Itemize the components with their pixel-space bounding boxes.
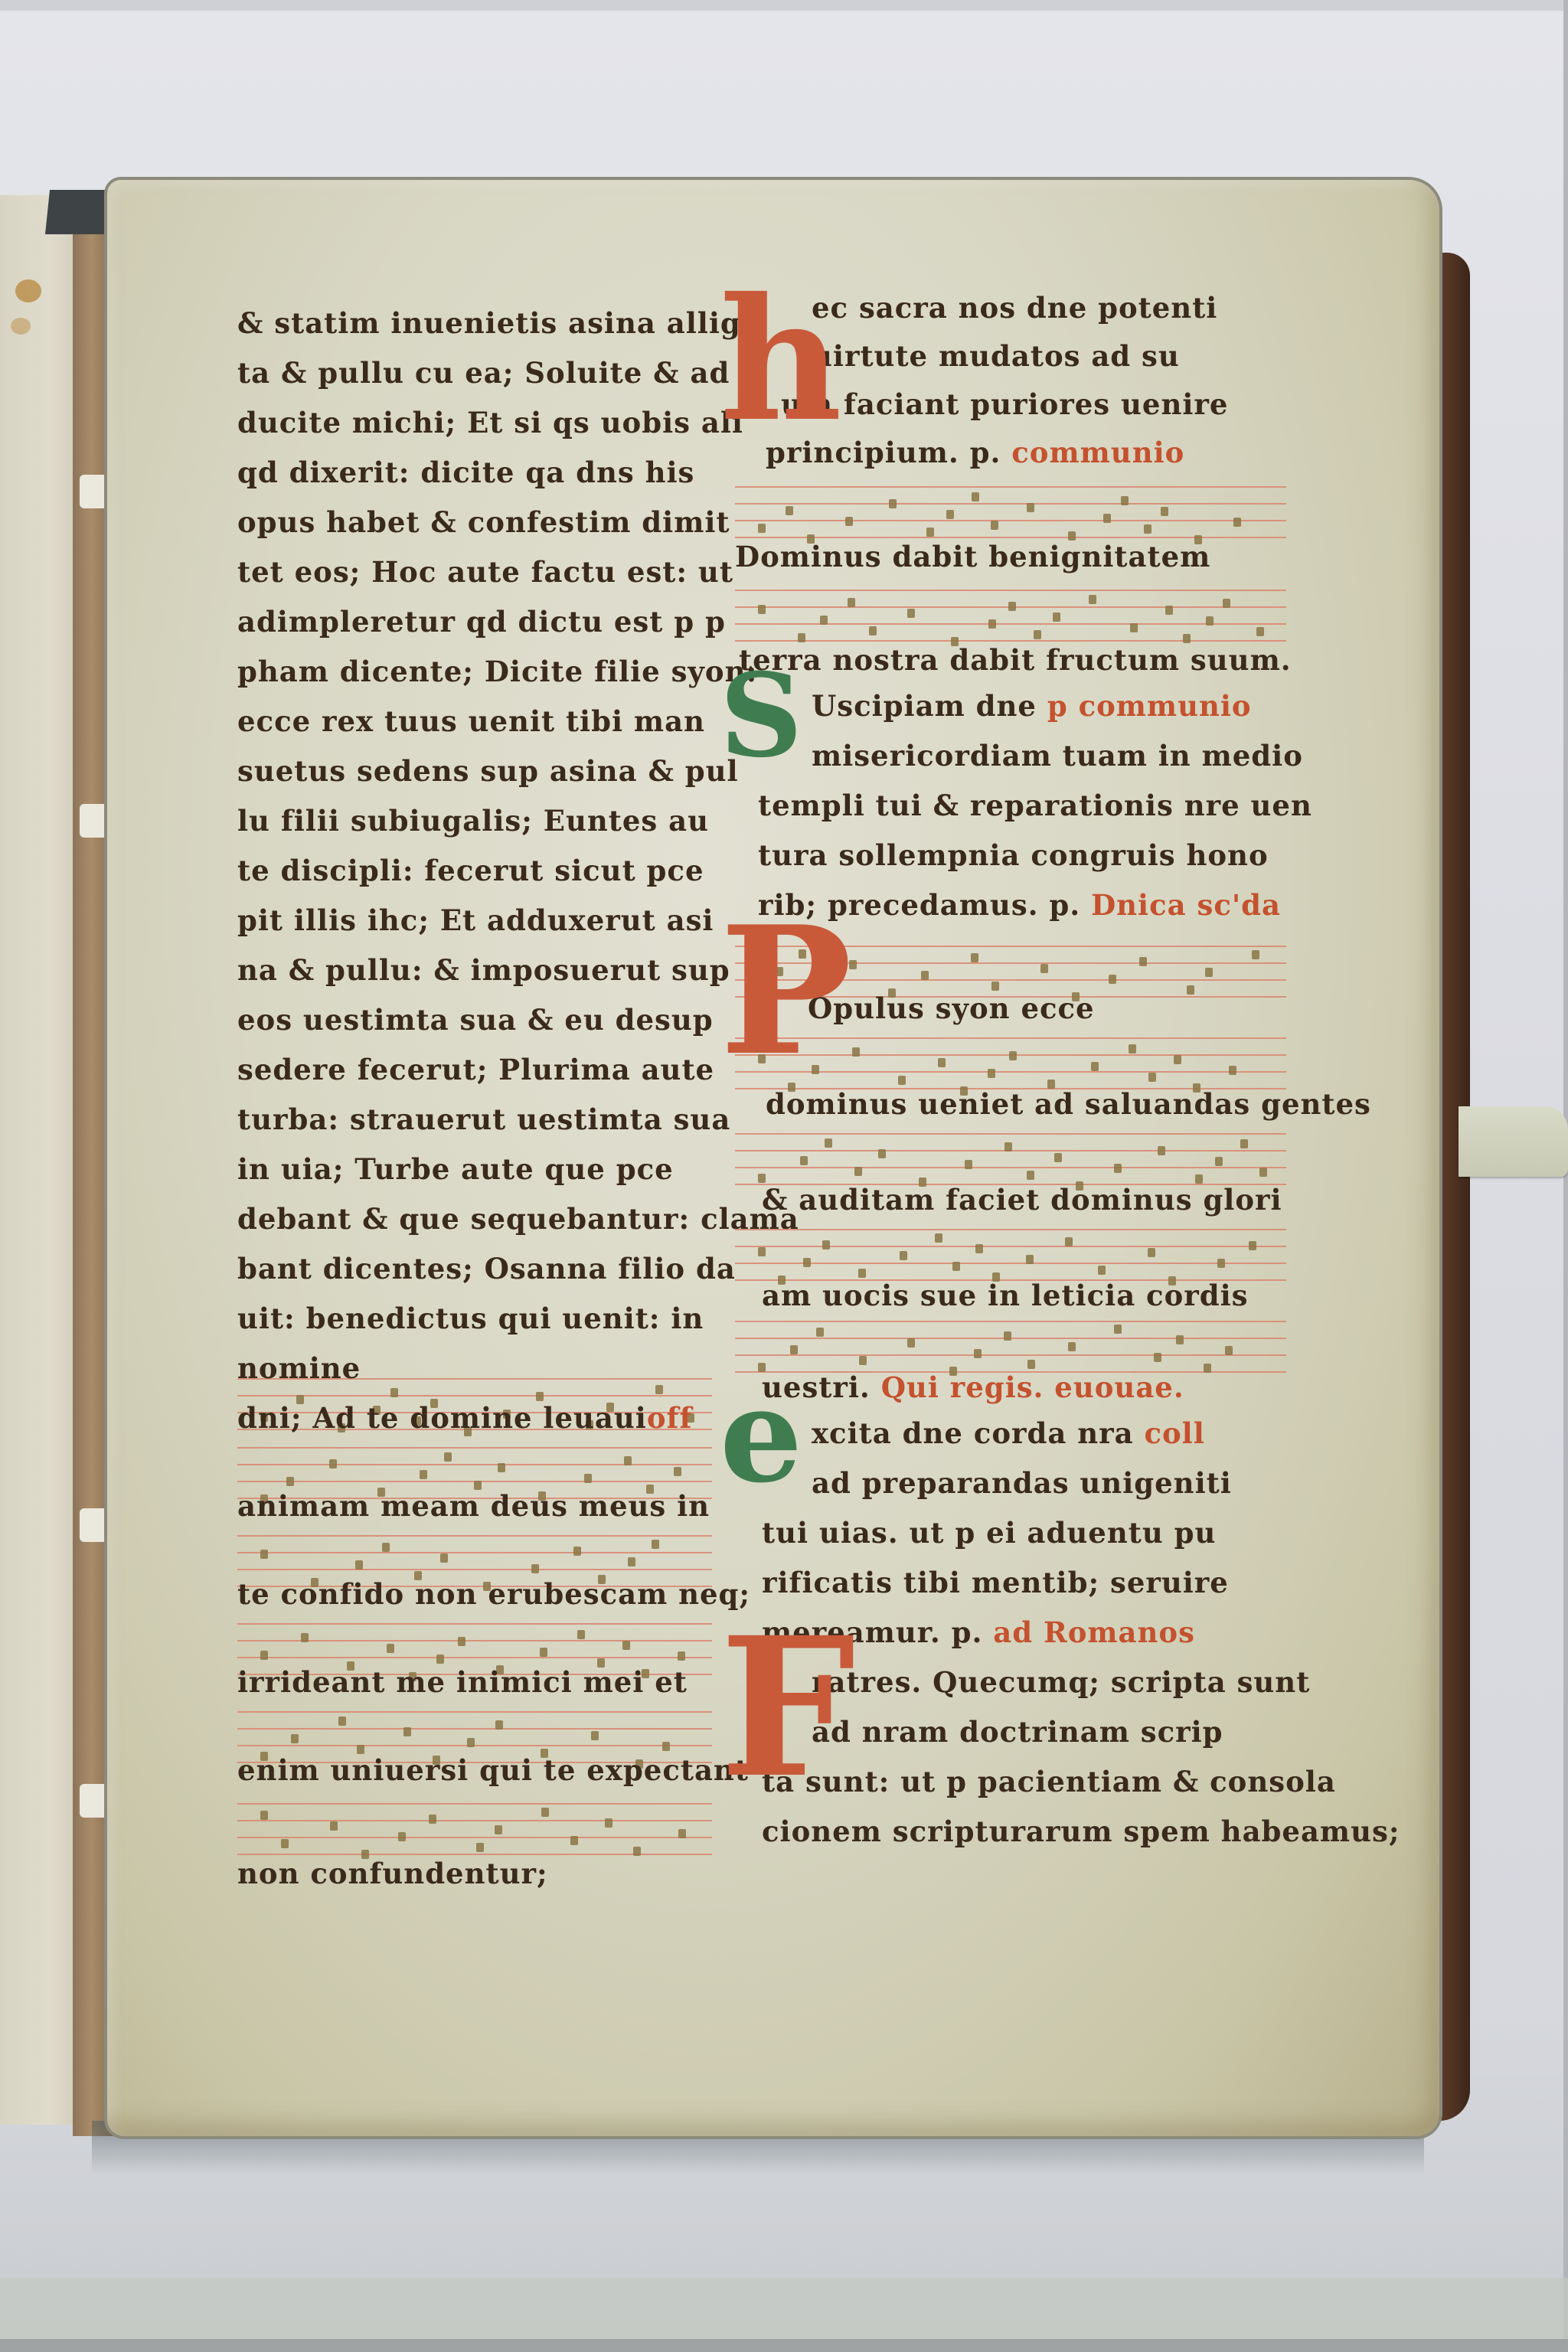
neume-icon (848, 598, 855, 607)
staff-line (237, 1535, 712, 1537)
line-text: am uocis sue in leticia cordis (762, 1279, 1249, 1312)
text-line: uit: benedictus qui uenit: in (237, 1302, 704, 1335)
neume-icon (1183, 634, 1191, 643)
neume-icon (845, 517, 853, 526)
neume-icon (1204, 1364, 1211, 1373)
display-shelf (0, 2278, 1568, 2339)
tie-strap (1459, 1106, 1568, 1177)
decorated-initial: P (720, 903, 852, 1080)
neume-icon (1129, 1044, 1136, 1053)
neume-icon (678, 1829, 686, 1838)
staff-line (735, 1321, 1286, 1322)
line-text: ecce rex tuus uenit tibi man (237, 704, 705, 738)
staff-line (237, 1728, 712, 1730)
decorated-initial: h (720, 276, 842, 444)
music-staff (237, 1803, 712, 1855)
neume-icon (1148, 1073, 1156, 1082)
neume-icon (988, 1069, 995, 1078)
staff-line (735, 1229, 1286, 1230)
neume-icon (854, 1167, 862, 1176)
neume-icon (420, 1470, 427, 1479)
staff-line (237, 1711, 712, 1713)
staff-line (237, 1820, 712, 1821)
staff-line (735, 520, 1286, 521)
rubric-text: Dnica sc'da (1091, 888, 1281, 922)
line-text: & auditam faciet dominus glori (762, 1183, 1282, 1217)
neume-icon (584, 1474, 592, 1483)
music-staff (735, 1133, 1286, 1185)
sewing-thread (80, 804, 110, 838)
neume-icon (859, 1356, 867, 1365)
neume-icon (991, 982, 999, 991)
neume-icon (1004, 1331, 1011, 1341)
line-text: tet eos; Hoc aute factu est: ut (237, 555, 733, 589)
text-line: opus habet & confestim dimit (237, 505, 730, 539)
neume-icon (662, 1742, 670, 1751)
neume-icon (429, 1815, 436, 1824)
neume-icon (1027, 1360, 1035, 1369)
staff-line (735, 1246, 1286, 1247)
music-staff (735, 1229, 1286, 1281)
line-text: nomine (237, 1351, 361, 1385)
line-text: terra nostra dabit fructum suum. (739, 643, 1292, 677)
line-text: um faciant puriores uenire (781, 387, 1228, 421)
neume-icon (678, 1651, 685, 1661)
neume-icon (674, 1467, 681, 1476)
neume-icon (900, 1251, 907, 1260)
staff-line (237, 1569, 712, 1570)
staff-line (237, 1640, 712, 1641)
staff-line (735, 503, 1286, 505)
neume-icon (820, 616, 828, 625)
line-text: ratres. Quecumq; scripta sunt (812, 1665, 1310, 1699)
neume-icon (577, 1630, 585, 1639)
neume-icon (338, 1717, 346, 1726)
text-line: te discipli: fecerut sicut pce (237, 854, 704, 887)
neume-icon (444, 1452, 452, 1462)
neume-icon (938, 1058, 946, 1067)
neume-icon (1008, 602, 1016, 611)
neume-icon (260, 1550, 268, 1559)
staff-line (237, 1745, 712, 1746)
text-line: adimpleretur qd dictu est p p (237, 605, 726, 639)
line-text: in uia; Turbe aute que pce (237, 1152, 674, 1186)
line-text: Dominus dabit benignitatem (735, 540, 1210, 573)
neume-icon (440, 1553, 448, 1563)
text-line: am uocis sue in leticia cordis (762, 1279, 1249, 1312)
neume-icon (907, 1338, 915, 1347)
neume-icon (816, 1328, 824, 1337)
rubric-text: off (647, 1401, 693, 1435)
text-line: dni; Ad te domine leuauioff (237, 1401, 692, 1435)
line-text: lu filii subiugalis; Euntes au (237, 804, 709, 838)
line-text: turba: strauerut uestimta sua (237, 1102, 730, 1136)
staff-line (237, 1552, 712, 1553)
neume-icon (476, 1843, 484, 1852)
neume-icon (1027, 503, 1034, 512)
text-line: animam meam deus meus in (237, 1489, 710, 1523)
neume-icon (403, 1727, 411, 1736)
staff-line (735, 1263, 1286, 1264)
line-text: dni; Ad te domine leuaui (237, 1401, 647, 1435)
line-text: tura sollempnia congruis hono (758, 838, 1269, 872)
line-text: pit illis ihc; Et adduxerut asi (237, 903, 714, 937)
line-text: uit: benedictus qui uenit: in (237, 1302, 704, 1335)
neume-icon (281, 1839, 289, 1848)
neume-icon (946, 510, 954, 519)
text-line: & statim inuenietis asina alliga (237, 306, 760, 340)
text-line: ad nram doctrinam scrip (812, 1715, 1223, 1749)
text-line: tui uias. ut p ei aduentu pu (762, 1516, 1216, 1550)
neume-icon (1215, 1157, 1223, 1166)
neume-icon (531, 1564, 539, 1573)
text-line: qd dixerit: dicite qa dns his (237, 456, 694, 489)
neume-icon (1176, 1335, 1184, 1344)
neume-icon (1026, 1255, 1034, 1264)
neume-icon (628, 1557, 635, 1566)
neume-icon (869, 626, 877, 635)
staff-line (237, 1803, 712, 1805)
neume-icon (758, 1247, 766, 1256)
neume-icon (889, 499, 897, 508)
text-line: irrideant me inimici mei et (237, 1665, 688, 1699)
neume-icon (975, 1244, 983, 1253)
neume-icon (921, 971, 929, 980)
neume-icon (467, 1738, 475, 1747)
neume-icon (495, 1825, 502, 1834)
neume-icon (935, 1233, 942, 1243)
line-text: misericordiam tuam in medio (812, 739, 1303, 773)
neume-icon (1161, 507, 1168, 516)
neume-icon (1034, 630, 1041, 639)
text-line: eos uestimta sua & eu desup (237, 1003, 714, 1037)
neume-icon (758, 1174, 766, 1183)
rubric-text: Qui regis. euouae. (881, 1370, 1184, 1404)
neume-icon (1089, 595, 1096, 604)
text-line: xcita dne corda nra coll (812, 1416, 1205, 1450)
line-text: ec sacra nos dne potenti (812, 291, 1217, 325)
foxing-stain (15, 279, 41, 302)
staff-line (237, 1854, 712, 1855)
text-line: um faciant puriores uenire (781, 387, 1228, 421)
neume-icon (458, 1637, 465, 1646)
neume-icon (1091, 1062, 1099, 1071)
neume-icon (1174, 1055, 1181, 1064)
line-text: irrideant me inimici mei et (237, 1665, 688, 1699)
neume-icon (822, 1240, 830, 1249)
neume-icon (498, 1463, 505, 1472)
neume-icon (570, 1836, 578, 1845)
text-line: na & pullu: & imposuerut sup (237, 953, 730, 987)
text-line: ad preparandas unigeniti (812, 1466, 1232, 1500)
neume-icon (329, 1459, 337, 1468)
neume-icon (655, 1385, 663, 1394)
text-line: templi tui & reparationis nre uen (758, 789, 1312, 822)
neume-icon (398, 1832, 406, 1841)
staff-line (237, 1447, 712, 1449)
text-line: uestri. Qui regis. euouae. (762, 1370, 1184, 1404)
neume-icon (758, 524, 766, 533)
text-line: pham dicente; Dicite filie syon: (237, 655, 757, 688)
neume-icon (1121, 496, 1129, 505)
neume-icon (1004, 1142, 1012, 1151)
line-text: ad preparandas unigeniti (812, 1466, 1232, 1500)
neume-icon (1256, 627, 1264, 636)
text-line: ta & pullu cu ea; Soluite & ad (237, 356, 730, 390)
neume-icon (1139, 957, 1147, 966)
line-text: bant dicentes; Osanna filio da (237, 1252, 736, 1285)
neume-icon (952, 1262, 960, 1271)
staff-line (237, 1464, 712, 1465)
neume-icon (1068, 1342, 1076, 1351)
sewing-thread (80, 1508, 110, 1542)
neume-icon (330, 1821, 338, 1831)
neume-icon (878, 1149, 886, 1158)
line-text: non confundentur; (237, 1857, 548, 1890)
text-line: Dominus dabit benignitatem (735, 540, 1210, 573)
line-text: animam meam deus meus in (237, 1489, 710, 1523)
staff-line (735, 486, 1286, 488)
neume-icon (852, 1047, 860, 1057)
text-line: terra nostra dabit fructum suum. (739, 643, 1292, 677)
text-line: ducite michi; Et si qs uobis ali (237, 406, 743, 439)
neume-icon (800, 1156, 808, 1165)
neume-icon (286, 1477, 294, 1486)
neume-icon (536, 1392, 544, 1401)
neume-icon (988, 619, 996, 629)
staff-line (237, 1623, 712, 1625)
text-line: bant dicentes; Osanna filio da (237, 1252, 736, 1285)
decorated-initial: S (720, 658, 802, 773)
neume-icon (1065, 1237, 1073, 1246)
text-line: lu filii subiugalis; Euntes au (237, 804, 709, 838)
text-line: enim uniuersi qui te expectant (237, 1753, 749, 1787)
neume-icon (1103, 514, 1111, 523)
line-text: qd dixerit: dicite qa dns his (237, 456, 694, 489)
neume-icon (1229, 1066, 1236, 1075)
neume-icon (1259, 1168, 1267, 1177)
rubric-text: ad Romanos (993, 1615, 1195, 1649)
text-line: sedere fecerut; Plurima aute (237, 1053, 714, 1086)
staff-line (237, 1657, 712, 1658)
neume-icon (825, 1138, 832, 1148)
decorated-initial: e (720, 1370, 802, 1501)
neume-icon (1240, 1139, 1248, 1148)
staff-line (735, 1133, 1286, 1135)
rubric-text: coll (1144, 1416, 1204, 1450)
neume-icon (758, 605, 766, 614)
neume-icon (1053, 612, 1060, 622)
text-line: uirtute mudatos ad su (812, 339, 1180, 373)
neume-icon (991, 521, 998, 530)
neume-icon (1154, 1353, 1161, 1362)
neume-icon (971, 953, 978, 962)
neume-icon (803, 1258, 811, 1267)
text-line: debant & que sequebantur: clama (237, 1202, 799, 1236)
sewing-thread (80, 1784, 110, 1818)
staff-line (237, 1395, 712, 1396)
neume-icon (1206, 616, 1214, 626)
line-text: templi tui & reparationis nre uen (758, 789, 1312, 822)
neume-icon (591, 1731, 599, 1740)
neume-icon (1165, 606, 1173, 615)
neume-icon (291, 1734, 299, 1743)
top-edge-strip (0, 0, 1568, 11)
neume-icon (898, 1076, 906, 1085)
staff-line (735, 590, 1286, 591)
neume-icon (622, 1641, 630, 1650)
neume-icon (541, 1808, 549, 1817)
foxing-stain (11, 318, 31, 335)
text-line: tura sollempnia congruis hono (758, 838, 1269, 872)
right-edge-strip (1563, 0, 1568, 2352)
line-text: cionem scripturarum spem habeamus; (762, 1815, 1400, 1848)
text-line: non confundentur; (237, 1857, 548, 1890)
neume-icon (1158, 1146, 1165, 1155)
staff-line (735, 640, 1286, 642)
line-text: suetus sedens sup asina & pul (237, 754, 739, 788)
neume-icon (1130, 623, 1138, 632)
neume-icon (633, 1847, 641, 1856)
rubric-text: p communio (1047, 689, 1252, 723)
text-line: te confido non erubescam neq; (237, 1577, 750, 1611)
neume-icon (624, 1456, 632, 1465)
line-text: enim uniuersi qui te expectant (237, 1753, 749, 1787)
music-staff (735, 1321, 1286, 1373)
text-line: nomine (237, 1351, 361, 1385)
neume-icon (1040, 964, 1048, 973)
line-text: te discipli: fecerut sicut pce (237, 854, 704, 887)
neume-icon (1148, 1248, 1155, 1257)
neume-icon (974, 1349, 982, 1358)
staff-line (237, 1837, 712, 1838)
neume-icon (387, 1644, 394, 1653)
text-line: ec sacra nos dne potenti (812, 291, 1217, 325)
rubric-text: communio (1011, 436, 1184, 469)
text-line: dominus ueniet ad saluandas gentes (766, 1087, 1371, 1121)
line-text: ad nram doctrinam scrip (812, 1715, 1223, 1749)
line-text: opus habet & confestim dimit (237, 505, 730, 539)
neume-icon (495, 1720, 503, 1730)
neume-icon (540, 1648, 547, 1657)
line-text: adimpleretur qd dictu est p p (237, 605, 726, 639)
staff-line (735, 537, 1286, 538)
neume-icon (907, 609, 915, 618)
staff-line (735, 623, 1286, 625)
staff-line (735, 1354, 1286, 1356)
neume-icon (786, 506, 793, 515)
text-line: suetus sedens sup asina & pul (237, 754, 739, 788)
neume-icon (858, 1269, 866, 1278)
neume-icon (1233, 518, 1241, 527)
neume-icon (972, 492, 979, 501)
neume-icon (965, 1160, 972, 1169)
line-text: sedere fecerut; Plurima aute (237, 1053, 714, 1086)
neume-icon (790, 1345, 798, 1354)
neume-icon (1009, 1051, 1017, 1060)
neume-icon (1114, 1164, 1122, 1173)
neume-icon (1225, 1346, 1233, 1355)
staff-line (735, 1167, 1286, 1168)
neume-icon (355, 1560, 363, 1570)
neume-icon (605, 1818, 612, 1828)
neume-icon (573, 1547, 581, 1556)
text-line: misericordiam tuam in medio (812, 739, 1303, 773)
neume-icon (798, 633, 805, 642)
text-line: turba: strauerut uestimta sua (237, 1102, 730, 1136)
neume-icon (1114, 1325, 1122, 1334)
line-text: & statim inuenietis asina alliga (237, 306, 760, 340)
neume-icon (1098, 1266, 1106, 1275)
line-text: na & pullu: & imposuerut sup (237, 953, 730, 987)
neume-icon (436, 1655, 444, 1664)
text-line: & auditam faciet dominus glori (762, 1183, 1282, 1217)
line-text: debant & que sequebantur: clama (237, 1202, 799, 1236)
neume-icon (1217, 1259, 1225, 1268)
decorated-initial: F (720, 1612, 856, 1803)
text-line: pit illis ihc; Et adduxerut asi (237, 903, 714, 937)
neume-icon (1252, 950, 1259, 959)
text-line: in uia; Turbe aute que pce (237, 1152, 674, 1186)
line-text: ta & pullu cu ea; Soluite & ad (237, 356, 730, 390)
neume-icon (390, 1388, 398, 1397)
text-line: Uscipiam dne p communio (812, 689, 1252, 723)
neume-icon (1223, 599, 1230, 608)
text-line: tet eos; Hoc aute factu est: ut (237, 555, 733, 589)
neume-icon (260, 1651, 268, 1660)
text-line: ratres. Quecumq; scripta sunt (812, 1665, 1310, 1699)
neume-icon (382, 1543, 390, 1552)
neume-icon (1027, 1171, 1034, 1180)
line-text: tui uias. ut p ei aduentu pu (762, 1516, 1216, 1550)
line-text: dominus ueniet ad saluandas gentes (766, 1087, 1371, 1121)
line-text: Uscipiam dne (812, 689, 1047, 723)
line-text: uirtute mudatos ad su (812, 339, 1180, 373)
neume-icon (1187, 985, 1194, 995)
neume-icon (1109, 975, 1116, 984)
neume-icon (1249, 1241, 1256, 1250)
neume-icon (1054, 1153, 1062, 1162)
shelf-edge (0, 2339, 1568, 2352)
line-text: pham dicente; Dicite filie syon: (237, 655, 757, 688)
neume-icon (1144, 524, 1151, 534)
line-text: ducite michi; Et si qs uobis ali (237, 406, 743, 439)
line-text: eos uestimta sua & eu desup (237, 1003, 714, 1037)
text-line: ecce rex tuus uenit tibi man (237, 704, 705, 738)
music-staff (735, 486, 1286, 538)
line-text: xcita dne corda nra (812, 1416, 1144, 1450)
line-text: te confido non erubescam neq; (237, 1577, 750, 1611)
neume-icon (301, 1633, 309, 1642)
sewing-thread (80, 475, 110, 508)
neume-icon (1205, 968, 1213, 977)
music-staff (735, 590, 1286, 642)
neume-icon (926, 528, 934, 537)
neume-icon (652, 1540, 659, 1549)
neume-icon (260, 1811, 268, 1820)
text-line: cionem scripturarum spem habeamus; (762, 1815, 1400, 1848)
